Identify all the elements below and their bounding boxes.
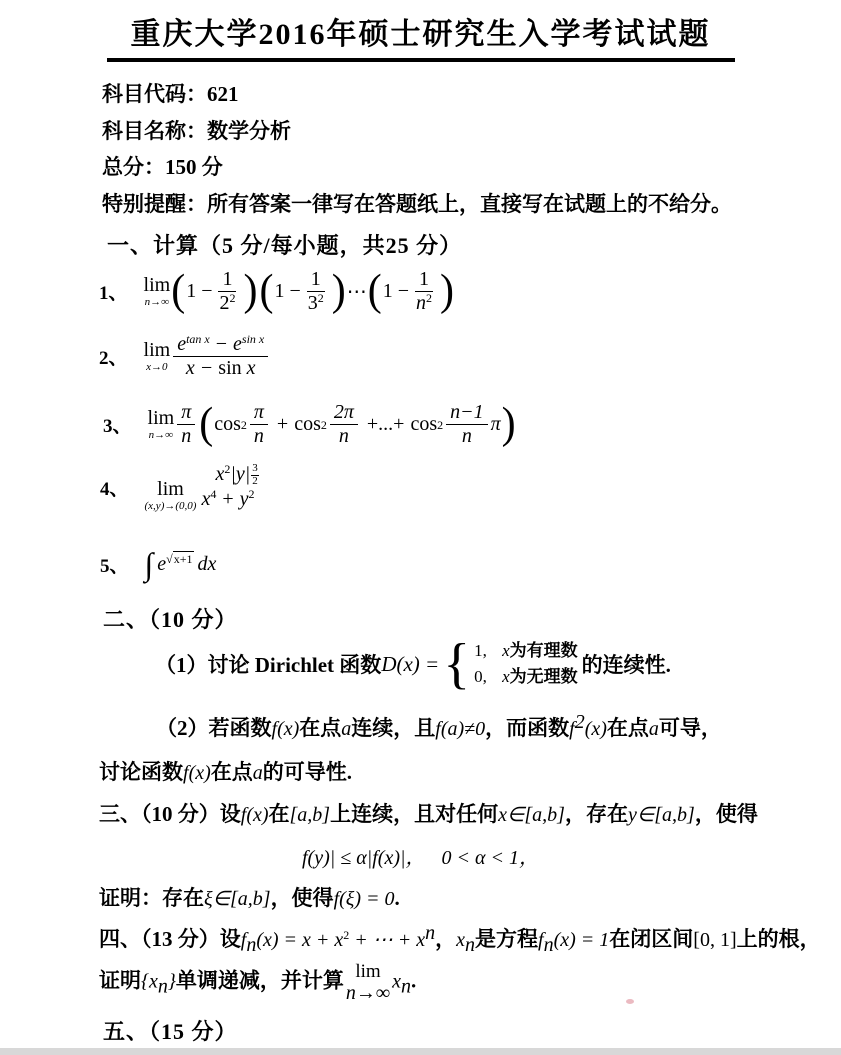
problem-3: 3、 limn→∞ πn ( cos2 πn + cos2 2πn +...+ … (103, 401, 517, 448)
lim-subscript: n→∞ (149, 430, 173, 441)
math-token: e (177, 333, 186, 355)
subscript: n (544, 934, 554, 956)
fraction: n−1n (446, 401, 488, 448)
exponent: 2 (249, 487, 255, 501)
math-token: (ξ) = 0 (339, 888, 394, 910)
subject-code-value: 621 (207, 82, 239, 106)
radicand: x+1 (173, 551, 194, 566)
case-value: 0, (474, 664, 502, 690)
q2-text: （2）若函数 (156, 716, 272, 740)
fraction: etan x−esin x x −sinx (173, 333, 268, 380)
close-paren: ) (502, 407, 516, 442)
den-exponent: 2 (229, 291, 235, 305)
s3-text: 证明：存在 (99, 886, 204, 910)
math-token: x (247, 357, 256, 379)
case-row: 1,x为有理数 (474, 638, 578, 664)
math-token: e (157, 553, 166, 575)
open-paren: ( (199, 407, 213, 442)
scan-bottom-bar (0, 1048, 841, 1055)
exponent: tan x (186, 332, 210, 346)
q2-text: 的可导性. (263, 760, 352, 784)
section2-heading: 二、（10 分） (103, 603, 238, 634)
fraction-numerator: etan x−esin x (173, 333, 268, 357)
limit-operator: limx→0 (144, 340, 171, 373)
limit-operator: limn→∞ (148, 408, 175, 441)
math-token: | ≤ α (330, 847, 367, 869)
math-token: 1 − (274, 280, 300, 303)
math-token: x∈[a,b] (498, 804, 565, 826)
s3-text: 上连续，且对任何 (330, 802, 498, 826)
problem-5-label: 5、 (100, 551, 129, 578)
math-token: (x) (585, 718, 607, 740)
dirichlet-D: D (381, 652, 396, 677)
q2-text: 连续，且 (351, 716, 435, 740)
lim-word: lim (148, 408, 175, 428)
page-title: 重庆大学2016年硕士研究生入学考试试题 (107, 7, 735, 62)
problem-5: 5、 ∫ e√x+1dx (100, 548, 216, 580)
problem-1-label: 1、 (99, 278, 128, 305)
notice-label: 特别提醒： (102, 192, 207, 216)
section4-line1: 四、（13 分）设fn(x) = x + x2 + ⋯ + xn，xn是方程fn… (99, 923, 821, 953)
exponent: sin x (242, 332, 264, 346)
fraction-denominator: x −sinx (182, 357, 260, 380)
lim-word: lim (355, 962, 380, 981)
radical-sign: √ (166, 552, 173, 566)
problem-2: 2、 limx→0 etan x−esin x x −sinx (99, 333, 271, 380)
math-token: x (392, 970, 401, 992)
exponent-fraction: 32 (251, 463, 259, 487)
notice-text: 所有答案一律写在答题纸上，直接写在试题上的不给分。 (207, 192, 732, 216)
math-token: + ⋯ + x (349, 929, 425, 951)
s3-text: 三、（10 分）设 (99, 802, 241, 826)
math-token: y (236, 463, 245, 485)
case-cond-text: 为有理数 (510, 641, 578, 660)
lim-subscript: x→0 (146, 362, 167, 373)
meta-row-subject-code: 科目代码：621 (102, 76, 732, 113)
math-token: a (253, 762, 263, 784)
problem-3-label: 3、 (103, 411, 132, 438)
exp-frac-num: 3 (251, 463, 259, 476)
fraction: 122 (215, 268, 239, 315)
q2-text: 在点 (299, 716, 341, 740)
fraction: 1n2 (412, 268, 436, 315)
math-token: y (240, 488, 249, 510)
den-base: 2 (219, 292, 229, 314)
s4-text: ， (435, 927, 456, 951)
abs-bar: | (245, 463, 251, 485)
limit-operator: lim(x,y)→(0,0) (145, 479, 197, 512)
meta-row-subject-name: 科目名称：数学分析 (102, 113, 732, 150)
s3-text: . (395, 886, 400, 910)
section2-q2-line1: （2）若函数f(x)在点a连续，且f(a)≠0，而函数f2(x)在点a可导， (156, 712, 722, 742)
close-paren: ) (243, 274, 257, 309)
math-token: x (201, 488, 210, 510)
math-token: (x) = x + x (256, 929, 343, 951)
lim-subscript: n→∞ (346, 983, 390, 1003)
exponent: √x+1 (166, 551, 193, 566)
plus-sign: + (222, 488, 233, 510)
section4-line2: 证明{xn}单调递减，并计算limn→∞xn. (99, 962, 416, 1003)
lim-word: lim (144, 275, 171, 295)
math-token: x (149, 970, 158, 992)
piecewise-cases: { 1,x为有理数 0,x为无理数 (443, 638, 577, 691)
stacked-fraction: x2|y|32 x4+y2 (201, 462, 258, 512)
math-token: [a,b] (290, 804, 331, 826)
fraction-numerator: π (250, 401, 268, 425)
fraction: 2πn (330, 401, 358, 448)
case-value: 1, (474, 638, 502, 664)
subject-name-label: 科目名称： (102, 119, 207, 143)
case-cond: x为无理数 (502, 664, 578, 690)
stack-denominator: x4+y2 (201, 487, 258, 512)
open-paren: ( (259, 274, 273, 309)
s3-text: ，使得 (271, 886, 334, 910)
s4-text: . (411, 968, 416, 992)
fraction-denominator: n (177, 425, 195, 448)
math-token: sin (218, 357, 241, 379)
math-token: (a)≠0 (441, 718, 485, 740)
math-token: e (233, 333, 242, 355)
close-brace: } (168, 970, 176, 992)
math-token: (x) (378, 847, 400, 869)
problem-4: 4、 lim(x,y)→(0,0) x2|y|32 x4+y2 (100, 462, 259, 512)
case-column: 1,x为有理数 0,x为无理数 (474, 638, 578, 691)
q2-text: 讨论函数 (99, 760, 183, 784)
problem-1: 1、 limn→∞ ( 1 − 122 ) ( 1 − 132 ) ⋯ ( 1 … (99, 268, 455, 315)
math-token: [0, 1] (693, 929, 736, 951)
den-base: n (416, 292, 426, 314)
limit-operator: limn→∞ (346, 962, 390, 1003)
q2-text: 在点 (607, 716, 649, 740)
integral-sign: ∫ (145, 548, 154, 580)
case-cond: x为有理数 (502, 638, 578, 664)
section5-heading: 五、（15 分） (103, 1015, 238, 1046)
subject-name-value: 数学分析 (207, 119, 291, 143)
q2-text: 在点 (211, 760, 253, 784)
s4-text: 上的根， (737, 927, 821, 951)
math-token: |， (400, 847, 426, 869)
open-paren: ( (368, 274, 382, 309)
fraction-numerator: π (177, 401, 195, 425)
math-token: x (215, 463, 224, 485)
math-token: (x) (277, 718, 299, 740)
math-token: y∈[a,b] (628, 804, 695, 826)
open-paren: ( (171, 274, 185, 309)
subscript: n (158, 975, 168, 997)
case-row: 0,x为无理数 (474, 664, 578, 690)
meta-block: 科目代码：621 科目名称：数学分析 总分：150 分 特别提醒：所有答案一律写… (102, 76, 732, 222)
exponent: 4 (210, 487, 216, 501)
math-token: (y) (308, 847, 330, 869)
differential: dx (198, 553, 217, 575)
q1-text: （1）讨论 Dirichlet 函数 (155, 649, 381, 679)
ellipsis-plus: +...+ (367, 413, 405, 436)
meta-row-notice: 特别提醒：所有答案一律写在答题纸上，直接写在试题上的不给分。 (102, 186, 732, 223)
cos-token: cos (410, 413, 437, 436)
math-token: x (456, 929, 465, 951)
case-cond-text: 为无理数 (510, 667, 578, 686)
lim-subscript: n→∞ (145, 297, 169, 308)
math-token: a (649, 718, 659, 740)
total-score-value: 150 分 (165, 155, 223, 179)
s4-text: 单调递减，并计算 (176, 968, 344, 992)
subscript: n (246, 934, 256, 956)
fraction-denominator: n (335, 425, 353, 448)
fraction-numerator: 2π (330, 401, 358, 425)
cos-token: cos (294, 413, 321, 436)
exp-frac-den: 2 (252, 476, 258, 488)
minus-sign: − (216, 333, 227, 355)
s3-text: 在 (269, 802, 290, 826)
ellipsis: ⋯ (347, 279, 367, 304)
s4-text: 四、（13 分）设 (99, 927, 241, 951)
math-token: 1 − (186, 280, 212, 303)
plus-sign: + (277, 413, 288, 436)
den-exponent: 2 (426, 291, 432, 305)
s4-text: 是方程 (475, 927, 538, 951)
subscript: n (465, 934, 475, 956)
limit-operator: limn→∞ (144, 275, 171, 308)
fraction-numerator: 1 (307, 268, 325, 292)
fraction-numerator: n−1 (446, 401, 488, 425)
section3-line1: 三、（10 分）设f(x)在[a,b]上连续，且对任何x∈[a,b]，存在y∈[… (99, 798, 758, 828)
section2-q2-line2: 讨论函数f(x)在点a的可导性. (99, 756, 352, 786)
fraction: 132 (304, 268, 328, 315)
meta-row-total-score: 总分：150 分 (102, 149, 732, 186)
fraction-denominator: n (458, 425, 476, 448)
subject-code-label: 科目代码： (102, 82, 207, 106)
cos-token: cos (214, 413, 241, 436)
fraction: πn (250, 401, 268, 448)
fraction-denominator: 32 (304, 292, 328, 315)
s4-text: 在闭区间 (609, 927, 693, 951)
math-token: x (502, 641, 510, 660)
math-token: (x) = 1 (554, 929, 610, 951)
total-score-label: 总分： (102, 155, 165, 179)
section3-line2: 证明：存在ξ∈[a,b]，使得f(ξ) = 0. (99, 882, 400, 912)
section3-formula: f(y)| ≤ α|f(x)|，0 < α < 1， (0, 841, 841, 870)
exponent: 2 (575, 711, 585, 733)
subscript: n (401, 975, 411, 997)
math-token: 1 − (383, 280, 409, 303)
problem-2-label: 2、 (99, 343, 128, 370)
math-token: 0 < α < 1， (442, 847, 540, 869)
stack-numerator: x2|y|32 (215, 462, 258, 487)
math-token: a (341, 718, 351, 740)
case-brace: { (443, 643, 470, 685)
q2-text: ，而函数 (485, 716, 569, 740)
open-brace: { (141, 970, 149, 992)
section1-heading: 一、计算（5 分/每小题，共25 分） (107, 229, 462, 260)
problem-4-label: 4、 (100, 474, 129, 501)
den-base: 3 (308, 292, 318, 314)
lim-word: lim (157, 479, 184, 499)
q1-text: 的连续性. (582, 649, 671, 679)
integrand: e√x+1dx (157, 553, 216, 576)
den-exponent: 2 (318, 291, 324, 305)
s3-text: ，存在 (565, 802, 628, 826)
s4-text: 证明 (99, 968, 141, 992)
lim-word: lim (144, 340, 171, 360)
fraction-denominator: n (250, 425, 268, 448)
math-token: (x) (189, 762, 211, 784)
fraction: πn (177, 401, 195, 448)
section2-q1: （1）讨论 Dirichlet 函数 D (x) = { 1,x为有理数 0,x… (155, 638, 671, 691)
s3-text: ，使得 (695, 802, 758, 826)
title-wrap: 重庆大学2016年硕士研究生入学考试试题 (0, 7, 841, 62)
scan-artifact-dot (626, 999, 634, 1004)
math-token: (x) = (396, 652, 439, 677)
close-paren: ) (332, 274, 346, 309)
lim-subscript: (x,y)→(0,0) (145, 501, 197, 512)
fraction-denominator: n2 (412, 292, 436, 315)
math-token: (x) (246, 804, 268, 826)
exponent: n (425, 922, 435, 944)
fraction-numerator: 1 (415, 268, 433, 292)
pi-token: π (491, 413, 501, 436)
fraction-denominator: 22 (215, 292, 239, 315)
math-token: ξ∈[a,b] (204, 888, 271, 910)
fraction-numerator: 1 (218, 268, 236, 292)
q2-text: 可导， (659, 716, 722, 740)
close-paren: ) (440, 274, 454, 309)
math-token: x (502, 667, 510, 686)
math-token: x − (186, 357, 213, 379)
